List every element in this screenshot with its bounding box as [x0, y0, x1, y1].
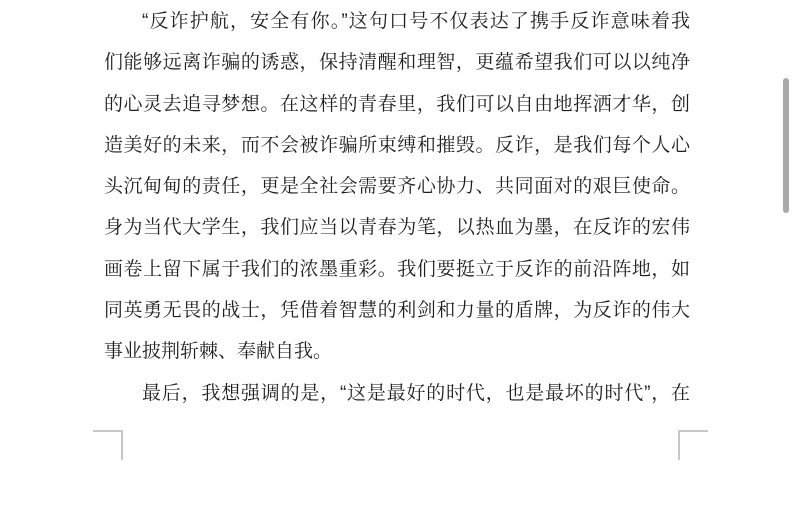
document-viewport: “反诈护航，安全有你。”这句口号不仅表达了携手反诈意味着我 们能够远离诈骗的诱惑… [0, 0, 800, 527]
text-line-3: 的心灵去追寻梦想。在这样的青春里，我们可以自由地挥洒才华，创 [104, 84, 690, 125]
text-line-6: 身为当代大学生，我们应当以青春为笔，以热血为墨，在反诈的宏伟 [104, 207, 690, 248]
text-line-10: 最后，我想强调的是，“这是最好的时代，也是最坏的时代”，在 [104, 373, 690, 414]
document-text-body[interactable]: “反诈护航，安全有你。”这句口号不仅表达了携手反诈意味着我 们能够远离诈骗的诱惑… [104, 1, 690, 414]
text-line-1: “反诈护航，安全有你。”这句口号不仅表达了携手反诈意味着我 [104, 1, 690, 42]
scrollbar[interactable] [782, 0, 792, 527]
text-line-9: 事业披荆斩棘、奉献自我。 [104, 331, 690, 372]
text-line-8: 同英勇无畏的战士，凭借着智慧的利剑和力量的盾牌，为反诈的伟大 [104, 290, 690, 331]
page-margin-corner-bottom-left [93, 430, 123, 460]
scrollbar-thumb[interactable] [783, 78, 789, 213]
text-line-5: 头沉甸甸的责任，更是全社会需要齐心协力、共同面对的艰巨使命。 [104, 166, 690, 207]
text-line-4: 造美好的未来，而不会被诈骗所束缚和摧毁。反诈，是我们每个人心 [104, 125, 690, 166]
text-line-7: 画卷上留下属于我们的浓墨重彩。我们要挺立于反诈的前沿阵地，如 [104, 249, 690, 290]
text-line-2: 们能够远离诈骗的诱惑，保持清醒和理智，更蕴希望我们可以以纯净 [104, 42, 690, 83]
page-margin-corner-bottom-right [678, 430, 708, 460]
